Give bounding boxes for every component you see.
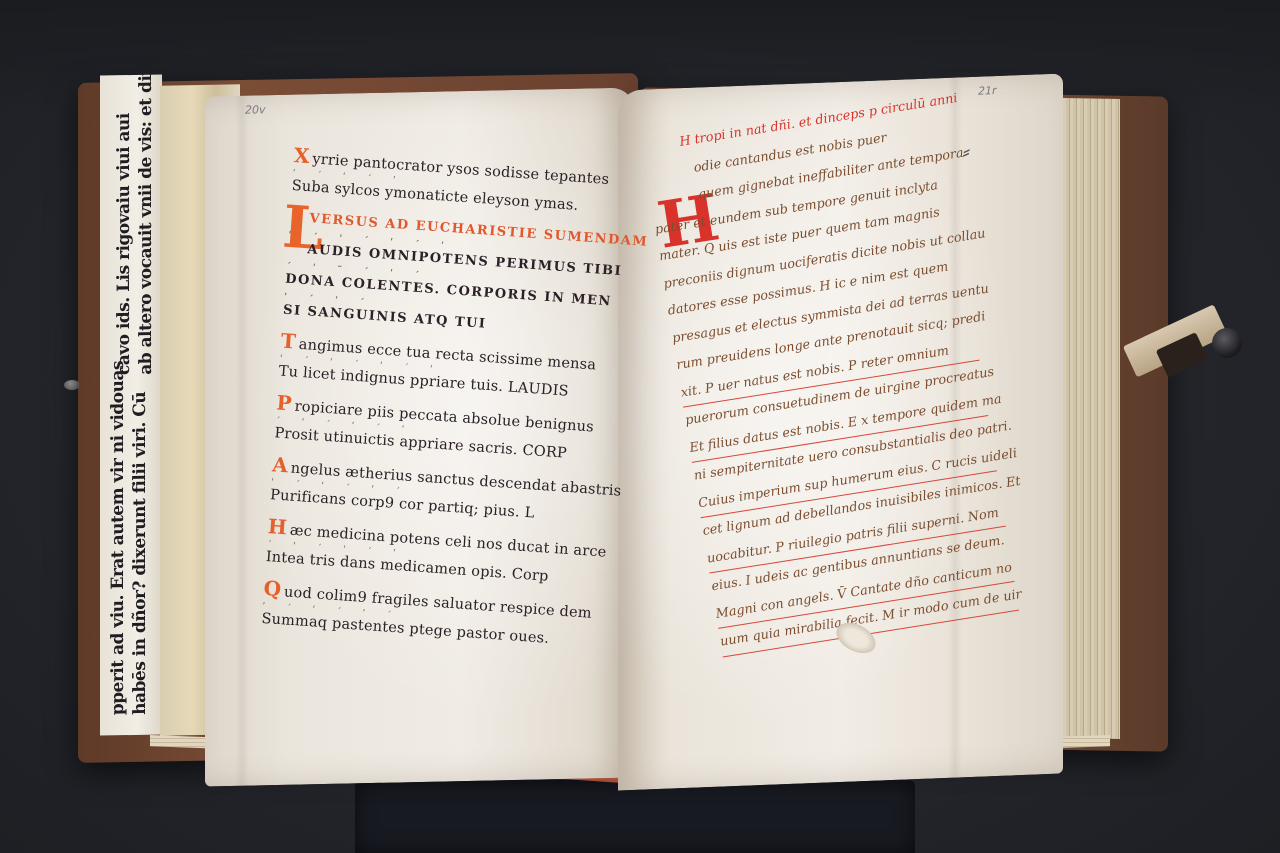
printed-binding-strip: cavo ids. Lis rigovaiu viui aui ab alter… xyxy=(100,74,162,735)
fold-crease xyxy=(235,96,249,786)
manuscript-book: cavo ids. Lis rigovaiu viui aui ab alter… xyxy=(0,0,1280,853)
neumes: ʹ ˊ ʹ ˊ xyxy=(283,283,374,320)
clasp-knob xyxy=(1212,328,1242,358)
print-line: pperit ad viu. Erat autem vir ni vidouas xyxy=(108,361,128,716)
clasp-pin xyxy=(64,380,80,390)
folio-number: 20v xyxy=(245,103,266,116)
left-page-text: Xyrrie pantocrator ysos sodisse tepantes… xyxy=(260,140,629,658)
print-line: ab altero vocauit vnii de vis: et dixit xyxy=(136,53,156,375)
print-line: cavo ids. Lis rigovaiu viui aui xyxy=(114,113,134,375)
print-line: habēs in dñor? dixerunt filii viri. Cū xyxy=(130,392,150,715)
folio-number: 21r xyxy=(978,84,997,98)
